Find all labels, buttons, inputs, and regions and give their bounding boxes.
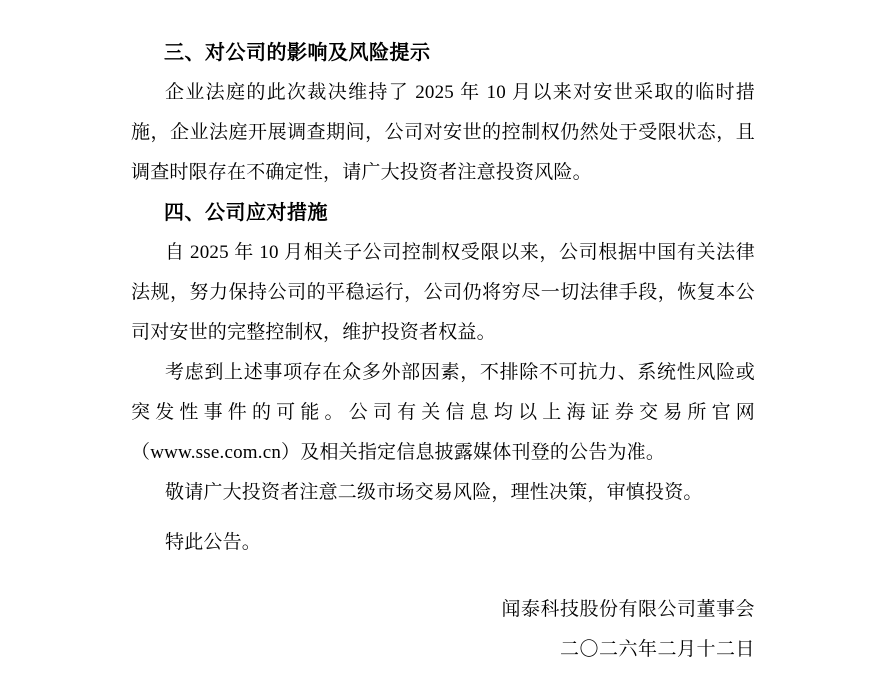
paragraph-legal-measures: 自 2025 年 10 月相关子公司控制权受限以来，公司根据中国有关法律法规，努… — [131, 233, 755, 353]
paragraph-court-ruling: 企业法庭的此次裁决维持了 2025 年 10 月以来对安世采取的临时措施，企业法… — [131, 73, 755, 193]
signature-block: 闻泰科技股份有限公司董事会 二〇二六年二月十二日 — [131, 590, 755, 670]
signature-company: 闻泰科技股份有限公司董事会 — [131, 590, 755, 630]
section-heading-impact-and-risk: 三、对公司的影响及风险提示 — [131, 33, 755, 73]
section-heading-company-response: 四、公司应对措施 — [131, 193, 755, 233]
signature-date: 二〇二六年二月十二日 — [131, 630, 755, 670]
announcement-page: 三、对公司的影响及风险提示 企业法庭的此次裁决维持了 2025 年 10 月以来… — [0, 0, 882, 694]
paragraph-investor-reminder: 敬请广大投资者注意二级市场交易风险，理性决策，审慎投资。 — [131, 473, 755, 513]
paragraph-external-factors: 考虑到上述事项存在众多外部因素，不排除不可抗力、系统性风险或突发性事件的可能。公… — [131, 353, 755, 473]
document-content: 三、对公司的影响及风险提示 企业法庭的此次裁决维持了 2025 年 10 月以来… — [131, 0, 755, 670]
paragraph-announcement-close: 特此公告。 — [131, 523, 755, 563]
